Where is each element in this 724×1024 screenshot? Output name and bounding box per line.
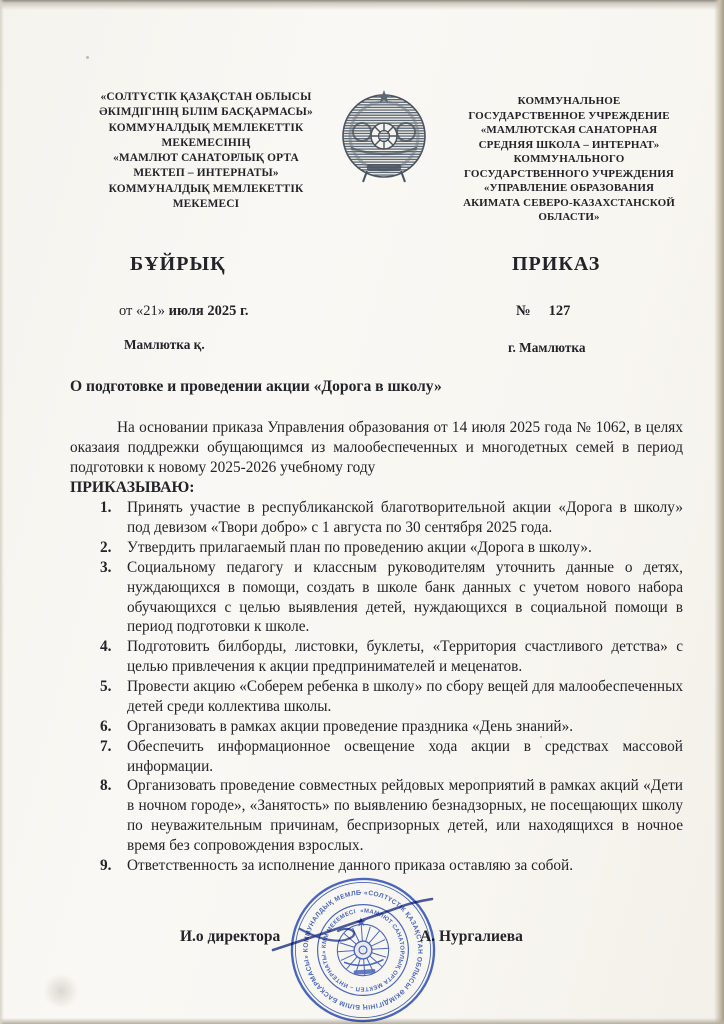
- order-item-number: 8.: [100, 776, 127, 856]
- order-place-russian: г. Мамлютка: [508, 340, 586, 356]
- order-title-kazakh: БҰЙРЫҚ: [130, 253, 226, 276]
- order-number-value: 127: [549, 303, 571, 319]
- order-item-number: 7.: [100, 737, 127, 777]
- order-item-text: Обеспечить информационное освещение хода…: [127, 737, 683, 777]
- org-name-russian: КОММУНАЛЬНОЕ ГОСУДАРСТВЕННОЕ УЧРЕЖДЕНИЕ …: [426, 94, 712, 225]
- scan-speck: [86, 56, 89, 59]
- order-place-kazakh: Мамлютка қ.: [124, 337, 205, 353]
- order-item-number: 5.: [100, 677, 127, 717]
- order-date-main: июля 2025 г.: [169, 303, 249, 319]
- order-item-text: Организовать проведение совместных рейдо…: [127, 776, 683, 856]
- scanned-document-page: «СОЛТҮСТІК ҚАЗАҚСТАН ОБЛЫСЫ ӘКІМДІГІНІҢ …: [0, 0, 724, 1024]
- order-item-text: Организовать в рамках акции проведение п…: [127, 717, 683, 737]
- decree-word: ПРИКАЗЫВАЮ:: [70, 478, 683, 499]
- scan-edge-left: [0, 0, 4, 1024]
- order-item-number: 4.: [100, 637, 127, 677]
- order-item-text: Социальному педагогу и классным руководи…: [127, 558, 683, 638]
- handwritten-signature: [260, 893, 460, 963]
- order-number: №127: [516, 303, 570, 320]
- order-item: 2.Утвердить прилагаемый план по проведен…: [100, 538, 683, 558]
- order-item: 7.Обеспечить информационное освещение хо…: [100, 737, 683, 777]
- scan-edge-top: [0, 0, 724, 10]
- order-item: 4.Подготовить билборды, листовки, буклет…: [100, 637, 683, 677]
- order-item-number: 9.: [100, 856, 127, 876]
- order-item-text: Подготовить билборды, листовки, буклеты,…: [127, 637, 683, 677]
- scan-smudge: [42, 975, 80, 1007]
- order-item-text: Принять участие в республиканской благот…: [127, 498, 683, 538]
- order-title-russian: ПРИКАЗ: [512, 253, 600, 276]
- order-subject: О подготовке и проведении акции «Дорога …: [70, 378, 670, 396]
- order-item-number: 1.: [100, 498, 127, 538]
- order-item-number: 3.: [100, 558, 127, 638]
- scan-edge-right: [714, 0, 724, 1024]
- order-item: 3.Социальному педагогу и классным руково…: [100, 558, 683, 638]
- order-date: от «21» июля 2025 г.: [119, 303, 249, 320]
- order-item: 6.Организовать в рамках акции проведение…: [100, 717, 683, 737]
- order-item: 5.Провести акцию «Соберем ребенка в школ…: [100, 677, 683, 717]
- order-item-number: 6.: [100, 717, 127, 737]
- order-body: На основании приказа Управления образова…: [70, 418, 683, 876]
- kazakhstan-emblem-icon: [337, 86, 431, 192]
- order-item: 1.Принять участие в республиканской благ…: [100, 498, 683, 538]
- order-item-number: 2.: [100, 538, 127, 558]
- order-item-text: Утвердить прилагаемый план по проведению…: [127, 538, 683, 558]
- order-item: 8.Организовать проведение совместных рей…: [100, 776, 683, 856]
- order-number-label: №: [516, 303, 531, 319]
- order-item-text: Провести акцию «Соберем ребенка в школу»…: [127, 677, 683, 717]
- order-date-prefix: от «21»: [119, 303, 165, 319]
- order-items: 1.Принять участие в республиканской благ…: [70, 498, 683, 876]
- order-preamble: На основании приказа Управления образова…: [70, 418, 683, 478]
- org-name-kazakh: «СОЛТҮСТІК ҚАЗАҚСТАН ОБЛЫСЫ ӘКІМДІГІНІҢ …: [72, 90, 340, 212]
